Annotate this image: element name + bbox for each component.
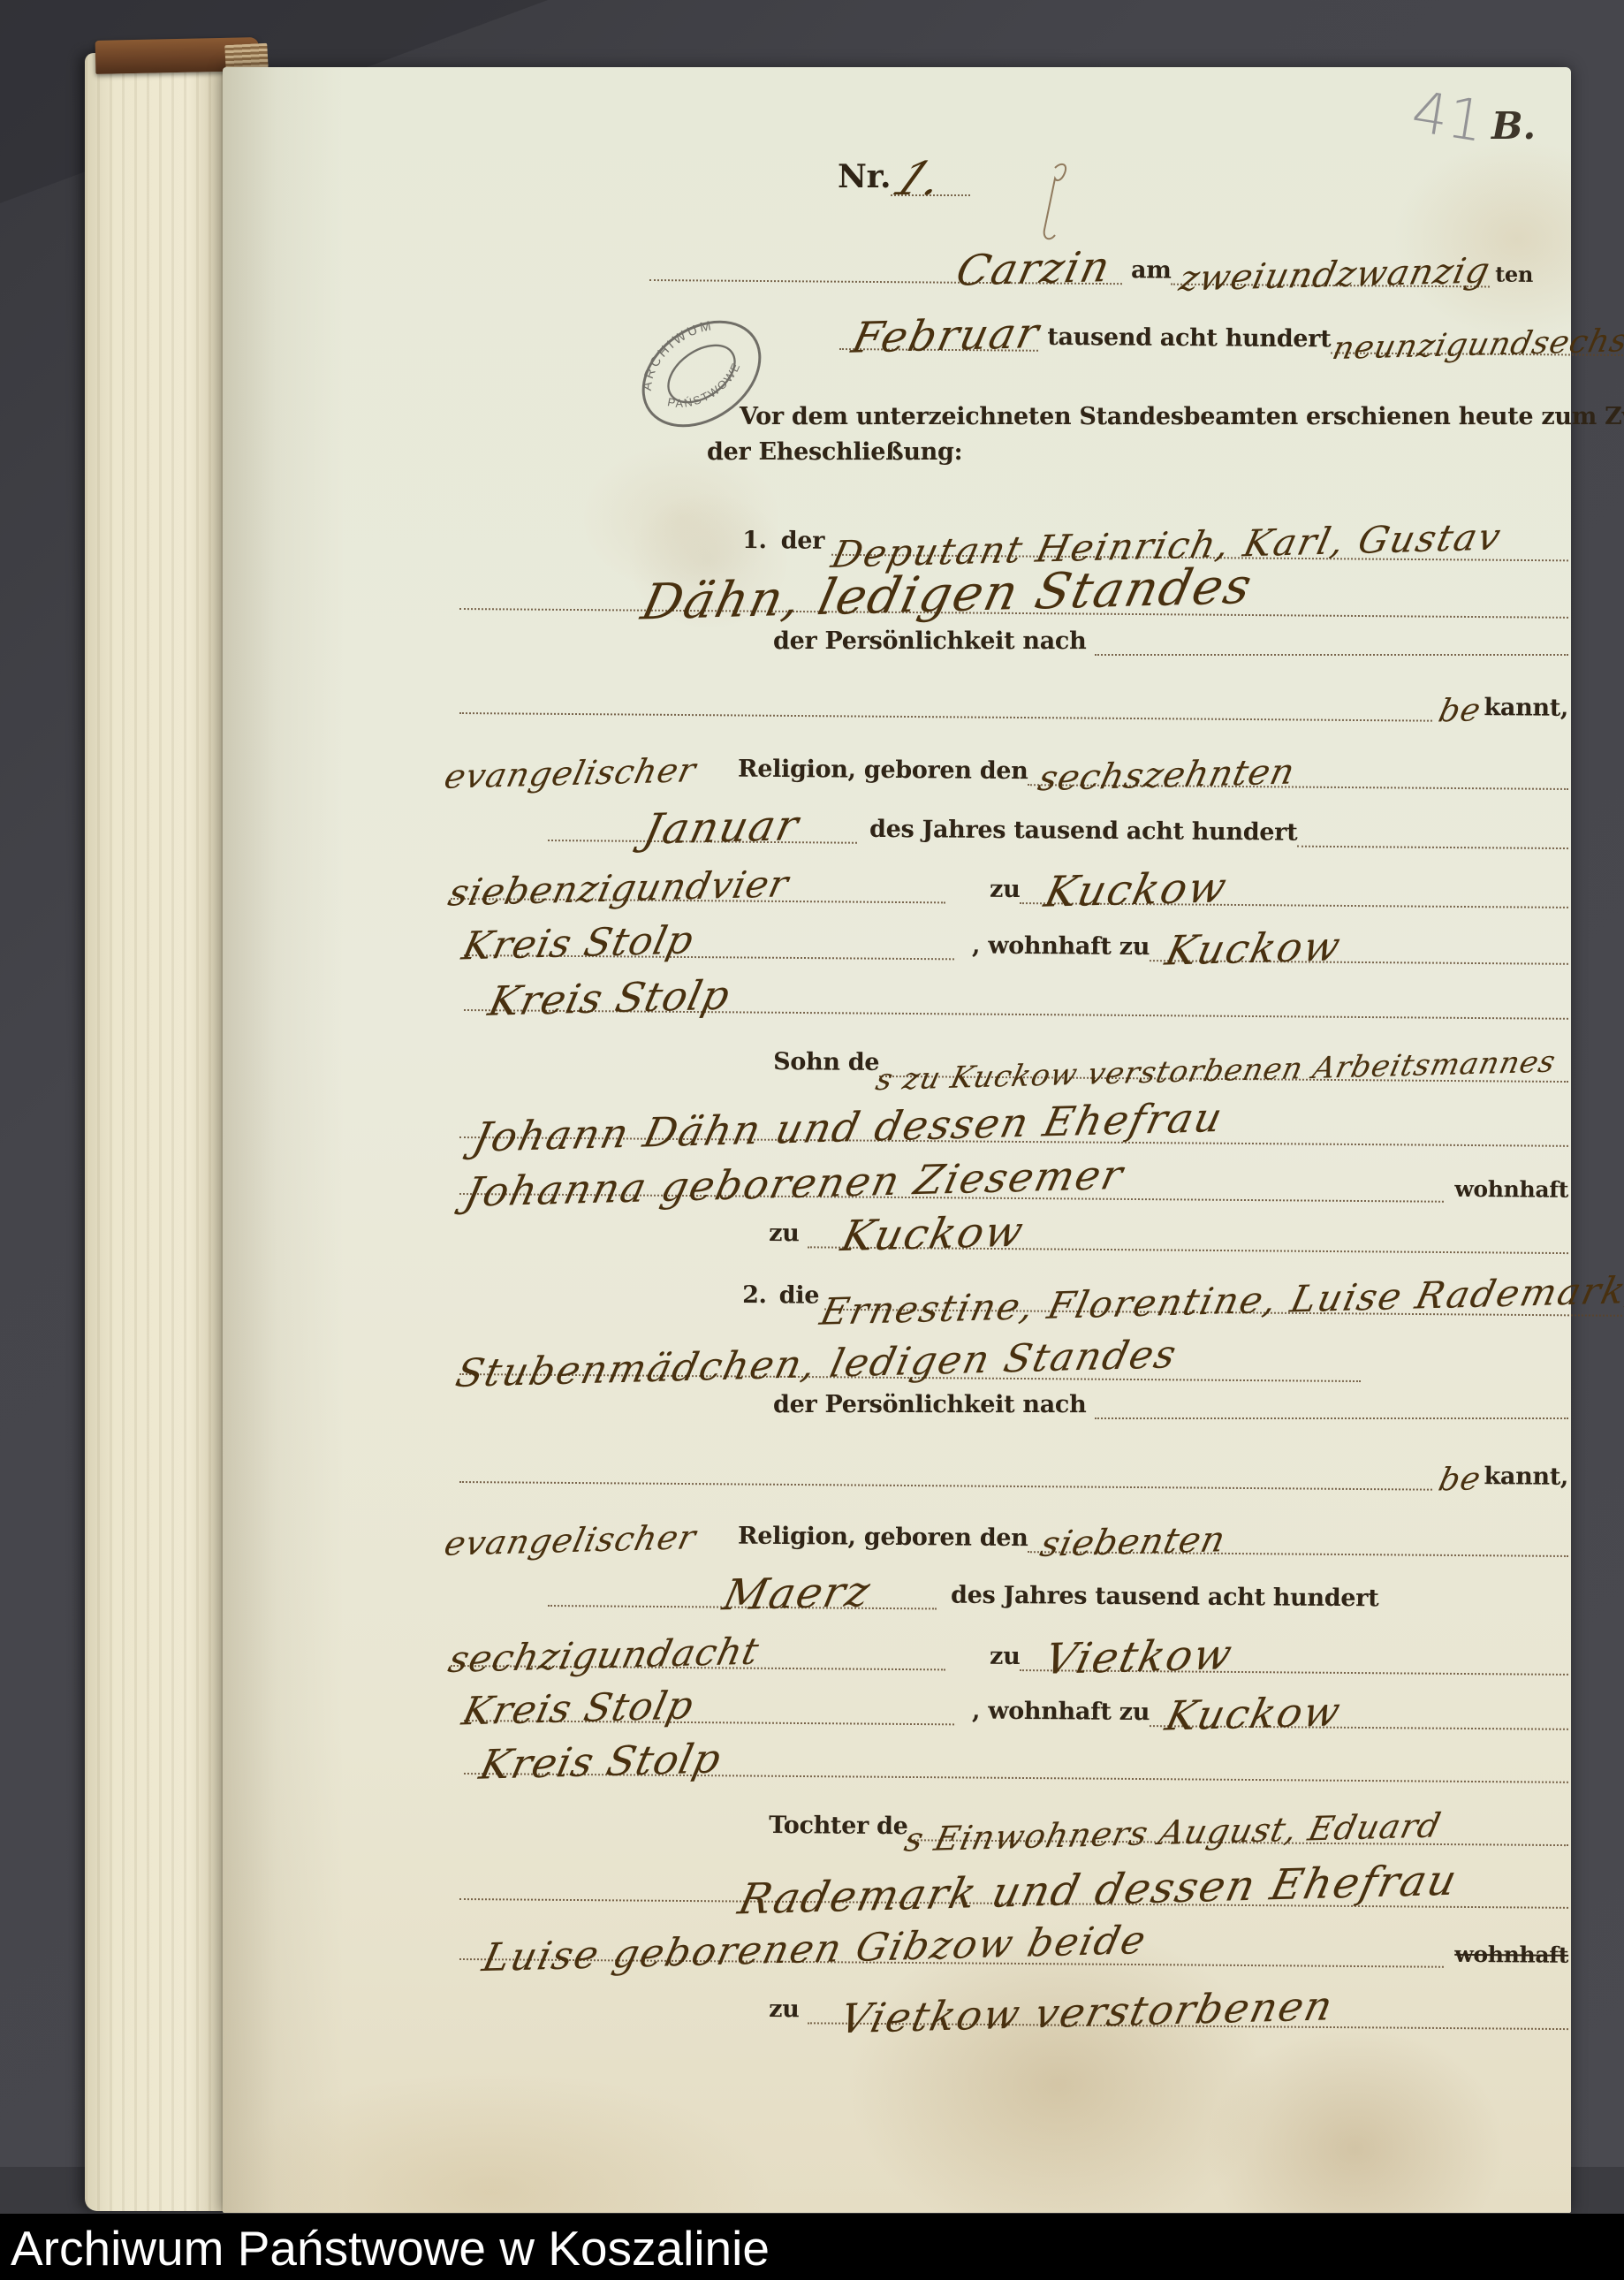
bride-year-label: des Jahres tausend acht hundert [951, 1582, 1378, 1613]
place-value: Carzin [952, 246, 1115, 293]
bride-religion-label: Religion, geboren den [738, 1523, 1028, 1553]
groom-parents-line-1: Sohn de s zu Kuckow verstorbenen Arbeits… [773, 1023, 1568, 1083]
bride-zu-label: zu [990, 1643, 1021, 1670]
bride-known-line: be kannt, [459, 1426, 1568, 1492]
intro-text-2: der Eheschließung: [707, 438, 962, 466]
bride-parents-line-1: Tochter de s Einwohners August, Eduard [769, 1787, 1568, 1846]
bride-religion-line: evangelischer Religion, geboren den sieb… [446, 1492, 1568, 1557]
bride-parents-residence-line: zu Vietkow verstorbenen [769, 1967, 1568, 2030]
groom-surname-line: Dähn, ledigen Standes [459, 536, 1569, 619]
stamp-text-top: ARCHIWUM [624, 310, 727, 399]
groom-identity-line: der Persönlichkeit nach [773, 624, 1568, 656]
bride-residence-district-line: Kreis Stolp [464, 1718, 1568, 1783]
bride-article: die [779, 1281, 820, 1309]
intro-text-1: Vor dem unterzeichneten Standesbeamten e… [740, 403, 1624, 430]
bride-birth-month-line: Maerz des Jahres tausend acht hundert [548, 1550, 1568, 1615]
groom-residence-district-line: Kreis Stolp [464, 954, 1568, 1020]
bride-known-printed: kannt, [1484, 1463, 1568, 1491]
groom-zu-label: zu [990, 876, 1021, 903]
bride-wohnhaft-struck: wohnhaft [1454, 1942, 1568, 1968]
pencil-page-number: 41 [1408, 80, 1489, 156]
religion-label: Religion, geboren den [738, 756, 1028, 786]
bride-name-line: 2. die Ernestine, Florentine, Luise Rade… [742, 1250, 1569, 1316]
bride-parents-residence: Vietkow verstorbenen [837, 1985, 1338, 2039]
place-date-line: Carzin am zweiundzwanzig ten [649, 219, 1534, 288]
groom-residence-district: Kreis Stolp [485, 975, 734, 1022]
groom-year-label: des Jahres tausend acht hundert [869, 816, 1297, 847]
bride-occupation-line: Stubenmädchen, ledigen Standes [459, 1319, 1361, 1382]
record-number-line: Nr. 1. [838, 141, 970, 196]
daughter-label: Tochter de [769, 1812, 908, 1840]
groom-known-hw: be [1436, 695, 1484, 727]
groom-zu-label-2: zu [769, 1220, 800, 1247]
month-value: Februar [848, 312, 1044, 360]
groom-known-printed: kannt, [1484, 694, 1568, 722]
bride-zu-label-2: zu [769, 1995, 800, 2023]
am-label: am [1131, 256, 1172, 284]
groom-religion-line: evangelischer Religion, geboren den sech… [446, 725, 1568, 790]
form-series-letter: B. [1491, 104, 1536, 148]
groom-known-line: be kannt, [459, 657, 1568, 723]
bride-parents-line-3: Luise geborenen Gibzow beide wohnhaft [459, 1904, 1568, 1969]
intro-line-2: der Eheschließung: [707, 435, 962, 467]
stamp-text-bottom: PAŃSTWOWE [661, 351, 749, 425]
scanned-register-page: 41 B. Nr. 1. Carzin am zweiundzwanzig te… [0, 0, 1624, 2280]
groom-parents-residence-line: zu Kuckow [769, 1191, 1568, 1254]
bride-birth-month: Maerz [719, 1570, 875, 1616]
bride-identity-line: der Persönlichkeit nach [773, 1387, 1568, 1419]
svg-text:ARCHIWUM: ARCHIWUM [624, 310, 727, 399]
bride-parents-line-2: Rademark und dessen Ehefrau [459, 1843, 1568, 1909]
bride-residence-district: Kreis Stolp [476, 1738, 725, 1785]
bride-identity-label: der Persönlichkeit nach [773, 1391, 1086, 1418]
identity-label: der Persönlichkeit nach [773, 627, 1086, 655]
year-prefix-label: tausend acht hundert [1047, 323, 1331, 353]
ten-suffix: ten [1495, 262, 1533, 287]
nr-label: Nr. [838, 158, 891, 195]
groom-birth-month-line: Januar des Jahres tausend acht hundert [548, 785, 1568, 849]
watermark-text: Archiwum Państwowe w Koszalinie [11, 2220, 770, 2276]
bride-index: 2. [742, 1281, 767, 1309]
book-page-edges [85, 53, 233, 2211]
year-value: neunzigundsechs [1330, 325, 1624, 365]
bride-known-hw: be [1436, 1463, 1484, 1496]
svg-text:PAŃSTWOWE: PAŃSTWOWE [661, 351, 749, 425]
son-label: Sohn de [773, 1048, 879, 1076]
month-year-line: Februar tausend acht hundert neunzigunds… [839, 288, 1569, 355]
record-number-value: 1. [885, 156, 955, 202]
intro-line-1: Vor dem unterzeichneten Standesbeamten e… [740, 399, 1624, 431]
